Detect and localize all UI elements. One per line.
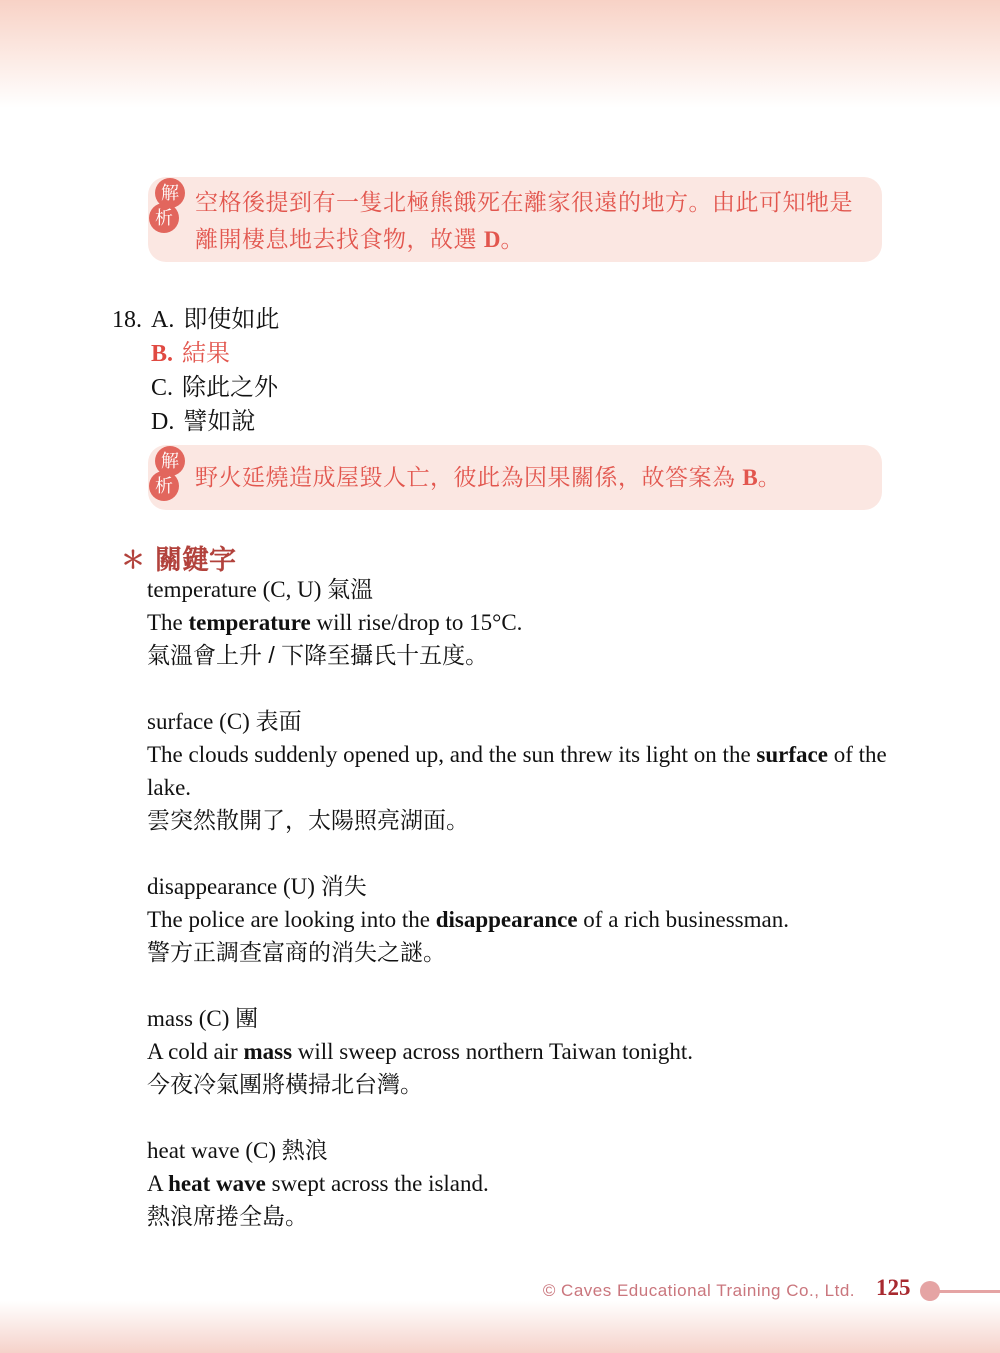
vocab-pos: (C) — [245, 1138, 276, 1163]
vocab-pos: (C, U) — [263, 577, 322, 602]
vocab-example-keyword: disappearance — [436, 907, 578, 932]
vocab-translation: 熱浪席捲全島。 — [147, 1200, 907, 1233]
footer-rule — [936, 1290, 1000, 1293]
vocab-example: The police are looking into the disappea… — [147, 903, 907, 936]
vocab-example-keyword: mass — [243, 1039, 292, 1064]
option-letter: B. — [151, 341, 173, 367]
vocab-translation: 雲突然散開了，太陽照亮湖面。 — [147, 804, 907, 837]
keywords-heading: ＊ 關鍵字 — [121, 538, 236, 577]
vocab-list: temperature (C, U) 氣溫 The temperature wi… — [147, 573, 907, 1266]
vocab-example-keyword: temperature — [189, 610, 311, 635]
question-option: D.譬如說 — [151, 405, 279, 439]
vocab-pos: (U) — [283, 874, 315, 899]
vocab-example: A cold air mass will sweep across northe… — [147, 1035, 907, 1068]
question-option: A.即使如此 — [151, 303, 279, 337]
analysis-badge-icon: 析 — [149, 203, 179, 233]
vocab-term: surface — [147, 709, 213, 734]
option-text: 除此之外 — [182, 374, 278, 401]
question-option: B.結果 — [151, 337, 279, 371]
vocab-translation: 氣溫會上升 / 下降至攝氏十五度。 — [147, 639, 907, 672]
analysis-box-2: 解 析 野火延燒造成屋毀人亡，彼此為因果關係，故答案為 B。 — [148, 445, 882, 510]
vocab-entry: disappearance (U) 消失 The police are look… — [147, 870, 907, 969]
vocab-example-keyword: heat wave — [168, 1171, 266, 1196]
footer-copyright: © Caves Educational Training Co., Ltd. — [543, 1281, 855, 1301]
top-gradient-band — [0, 0, 1000, 108]
vocab-gloss: 熱浪 — [282, 1137, 328, 1163]
vocab-gloss: 表面 — [256, 708, 302, 734]
vocab-gloss: 氣溫 — [327, 576, 373, 602]
keywords-title: 關鍵字 — [155, 538, 236, 577]
vocab-example: The clouds suddenly opened up, and the s… — [147, 738, 907, 804]
question-option: C.除此之外 — [151, 371, 279, 405]
analysis-text-end: 。 — [758, 464, 782, 490]
option-text: 結果 — [182, 340, 230, 367]
vocab-example: A heat wave swept across the island. — [147, 1167, 907, 1200]
vocab-headword-line: mass (C) 團 — [147, 1002, 907, 1035]
question-options: A.即使如此 B.結果 C.除此之外 D.譬如說 — [151, 303, 279, 439]
vocab-entry: mass (C) 團 A cold air mass will sweep ac… — [147, 1002, 907, 1101]
vocab-term: disappearance — [147, 874, 277, 899]
vocab-entry: surface (C) 表面 The clouds suddenly opene… — [147, 705, 907, 837]
analysis-badge: 解 析 — [148, 445, 188, 505]
vocab-entry: temperature (C, U) 氣溫 The temperature wi… — [147, 573, 907, 672]
vocab-headword-line: temperature (C, U) 氣溫 — [147, 573, 907, 606]
vocab-term: temperature — [147, 577, 257, 602]
bottom-gradient-band — [0, 1301, 1000, 1353]
analysis-badge-icon: 析 — [149, 471, 179, 501]
question-18: 18. A.即使如此 B.結果 C.除此之外 D.譬如說 — [112, 303, 279, 439]
page-number: 125 — [876, 1275, 911, 1301]
asterisk-icon: ＊ — [121, 540, 145, 575]
analysis-badge: 解 析 — [148, 177, 188, 237]
analysis-answer-letter: D — [484, 227, 501, 252]
vocab-headword-line: heat wave (C) 熱浪 — [147, 1134, 907, 1167]
option-letter: A. — [151, 307, 174, 333]
vocab-entry: heat wave (C) 熱浪 A heat wave swept acros… — [147, 1134, 907, 1233]
vocab-headword-line: surface (C) 表面 — [147, 705, 907, 738]
vocab-pos: (C) — [199, 1006, 230, 1031]
analysis-text-end: 。 — [501, 226, 525, 252]
vocab-translation: 今夜冷氣團將橫掃北台灣。 — [147, 1068, 907, 1101]
vocab-gloss: 團 — [235, 1005, 258, 1031]
vocab-term: mass — [147, 1006, 193, 1031]
vocab-term: heat wave — [147, 1138, 240, 1163]
vocab-example: The temperature will rise/drop to 15°C. — [147, 606, 907, 639]
option-text: 譬如說 — [183, 408, 255, 435]
question-number: 18. — [112, 303, 151, 439]
option-text: 即使如此 — [183, 306, 279, 333]
option-letter: C. — [151, 375, 173, 401]
analysis-text: 野火延燒造成屋毀人亡，彼此為因果關係，故答案為 — [195, 464, 742, 490]
vocab-example-keyword: surface — [756, 742, 828, 767]
vocab-translation: 警方正調查富商的消失之謎。 — [147, 936, 907, 969]
vocab-pos: (C) — [219, 709, 250, 734]
analysis-box-1: 解 析 空格後提到有一隻北極熊餓死在離家很遠的地方。由此可知牠是離開棲息地去找食… — [148, 177, 882, 262]
option-letter: D. — [151, 409, 174, 435]
vocab-headword-line: disappearance (U) 消失 — [147, 870, 907, 903]
vocab-gloss: 消失 — [321, 873, 367, 899]
analysis-answer-letter: B — [742, 465, 757, 490]
